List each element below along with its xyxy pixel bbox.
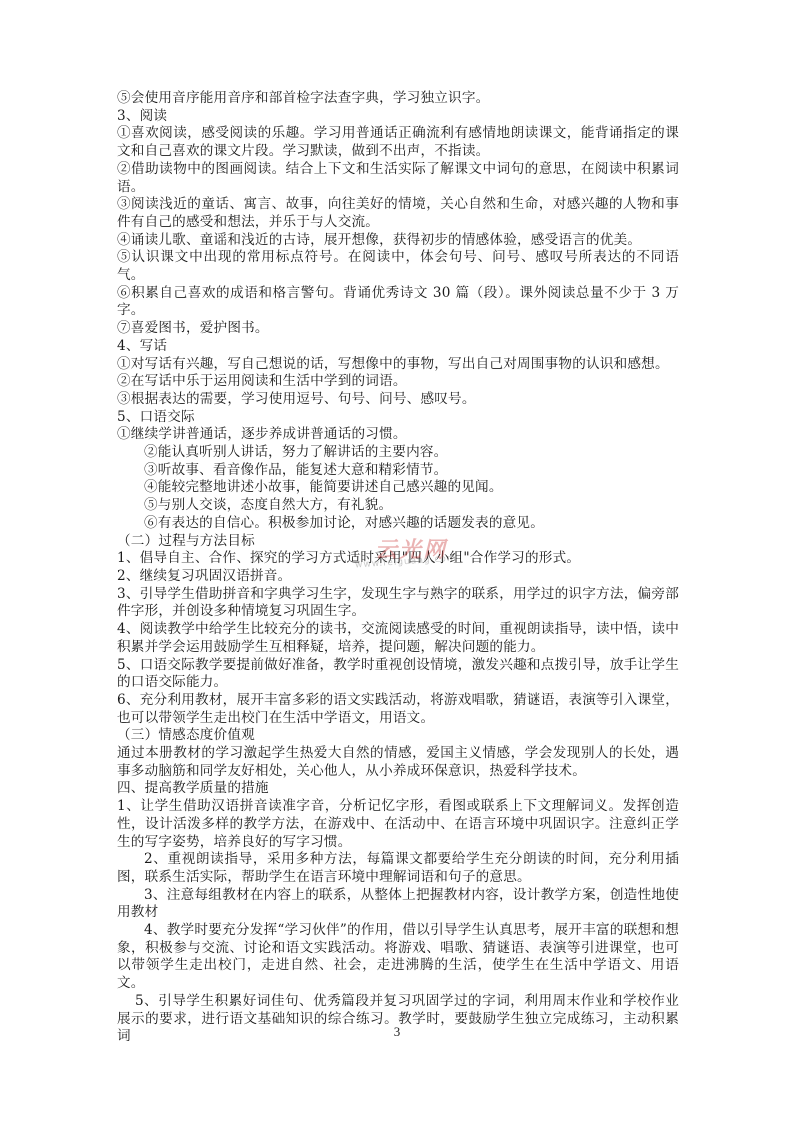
text-line: ③阅读浅近的童话、寓言、故事，向往美好的情境，关心自然和生命，对感兴趣的人物和事… xyxy=(117,196,679,231)
text-line: ④能较完整地讲述小故事，能简要讲述自己感兴趣的见闻。 xyxy=(117,479,679,497)
text-line: ①继续学讲普通话，逐步养成讲普通话的习惯。 xyxy=(117,426,679,444)
text-line: 2、继续复习巩固汉语拼音。 xyxy=(117,568,679,586)
section-heading-reading: 3、阅读 xyxy=(117,108,679,126)
text-line: 通过本册教材的学习激起学生热爱大自然的情感，爱国主义情感，学会发现别人的长处，遇… xyxy=(117,745,679,780)
section-heading-writing: 4、写话 xyxy=(117,338,679,356)
document-body: ⑤会使用音序能用音序和部首检字法查字典，学习独立识字。 3、阅读 ①喜欢阅读，感… xyxy=(117,90,679,1046)
section-heading-oral-communication: 5、口语交际 xyxy=(117,409,679,427)
text-line: ③听故事、看音像作品，能复述大意和精彩情节。 xyxy=(117,462,679,480)
section-heading-process-methods: （二）过程与方法目标 xyxy=(117,533,679,551)
text-line: ②在写话中乐于运用阅读和生活中学到的词语。 xyxy=(117,373,679,391)
text-line: ⑤与别人交谈，态度自然大方，有礼貌。 xyxy=(117,497,679,515)
text-line: 4、阅读教学中给学生比较充分的读书，交流阅读感受的时间，重视朗读指导，读中悟，读… xyxy=(117,621,679,656)
section-heading-values: （三）情感态度价值观 xyxy=(117,727,679,745)
text-line: ⑤认识课文中出现的常用标点符号。在阅读中，体会句号、问号、感叹号所表达的不同语气… xyxy=(117,249,679,284)
text-line: ③根据表达的需要，学习使用逗号、句号、问号、感叹号。 xyxy=(117,391,679,409)
text-line: ①喜欢阅读，感受阅读的乐趣。学习用普通话正确流利有感情地朗读课文，能背诵指定的课… xyxy=(117,125,679,160)
text-line: ④诵读儿歌、童谣和浅近的古诗，展开想像，获得初步的情感体验，感受语言的优美。 xyxy=(117,232,679,250)
section-heading-measures: 四、提高教学质量的措施 xyxy=(117,780,679,798)
text-line: ⑥有表达的自信心。积极参加讨论，对感兴趣的话题发表的意见。 xyxy=(117,515,679,533)
text-line: 6、充分利用教材，展开丰富多彩的语文实践活动，将游戏唱歌，猜谜语，表演等引入课堂… xyxy=(117,692,679,727)
text-line: ⑦喜爱图书，爱护图书。 xyxy=(117,320,679,338)
text-line: 3、引导学生借助拼音和字典学习生字，发现生字与熟字的联系，用学过的识字方法，偏旁… xyxy=(117,586,679,621)
text-line: ①对写话有兴趣，写自己想说的话，写想像中的事物，写出自己对周围事物的认识和感想。 xyxy=(117,356,679,374)
text-line: ⑤会使用音序能用音序和部首检字法查字典，学习独立识字。 xyxy=(117,90,679,108)
page-number: 3 xyxy=(390,1024,404,1040)
text-line: ②借助读物中的图画阅读。结合上下文和生活实际了解课文中词句的意思，在阅读中积累词… xyxy=(117,161,679,196)
text-line: 3、注意每组教材在内容上的联系，从整体上把握教材内容，设计教学方案，创造性地使用… xyxy=(117,887,679,922)
text-line: ②能认真听别人讲话，努力了解讲话的主要内容。 xyxy=(117,444,679,462)
text-line: 4、教学时要充分发挥“学习伙伴”的作用，借以引导学生认真思考，展开丰富的联想和想… xyxy=(117,922,679,993)
text-line: 1、让学生借助汉语拼音读准字音，分析记忆字形，看图或联系上下文理解词义。发挥创造… xyxy=(117,798,679,851)
text-line: 1、倡导自主、合作、探究的学习方式适时采用"四人小组"合作学习的形式。 xyxy=(117,550,679,568)
text-line: 5、口语交际教学要提前做好准备，教学时重视创设情境，激发兴趣和点拨引导，放手让学… xyxy=(117,657,679,692)
text-line: 2、重视朗读指导，采用多种方法，每篇课文都要给学生充分朗读的时间，充分利用插图，… xyxy=(117,851,679,886)
text-line: ⑥积累自己喜欢的成语和格言警句。背诵优秀诗文 30 篇（段）。课外阅读总量不少于… xyxy=(117,285,679,320)
